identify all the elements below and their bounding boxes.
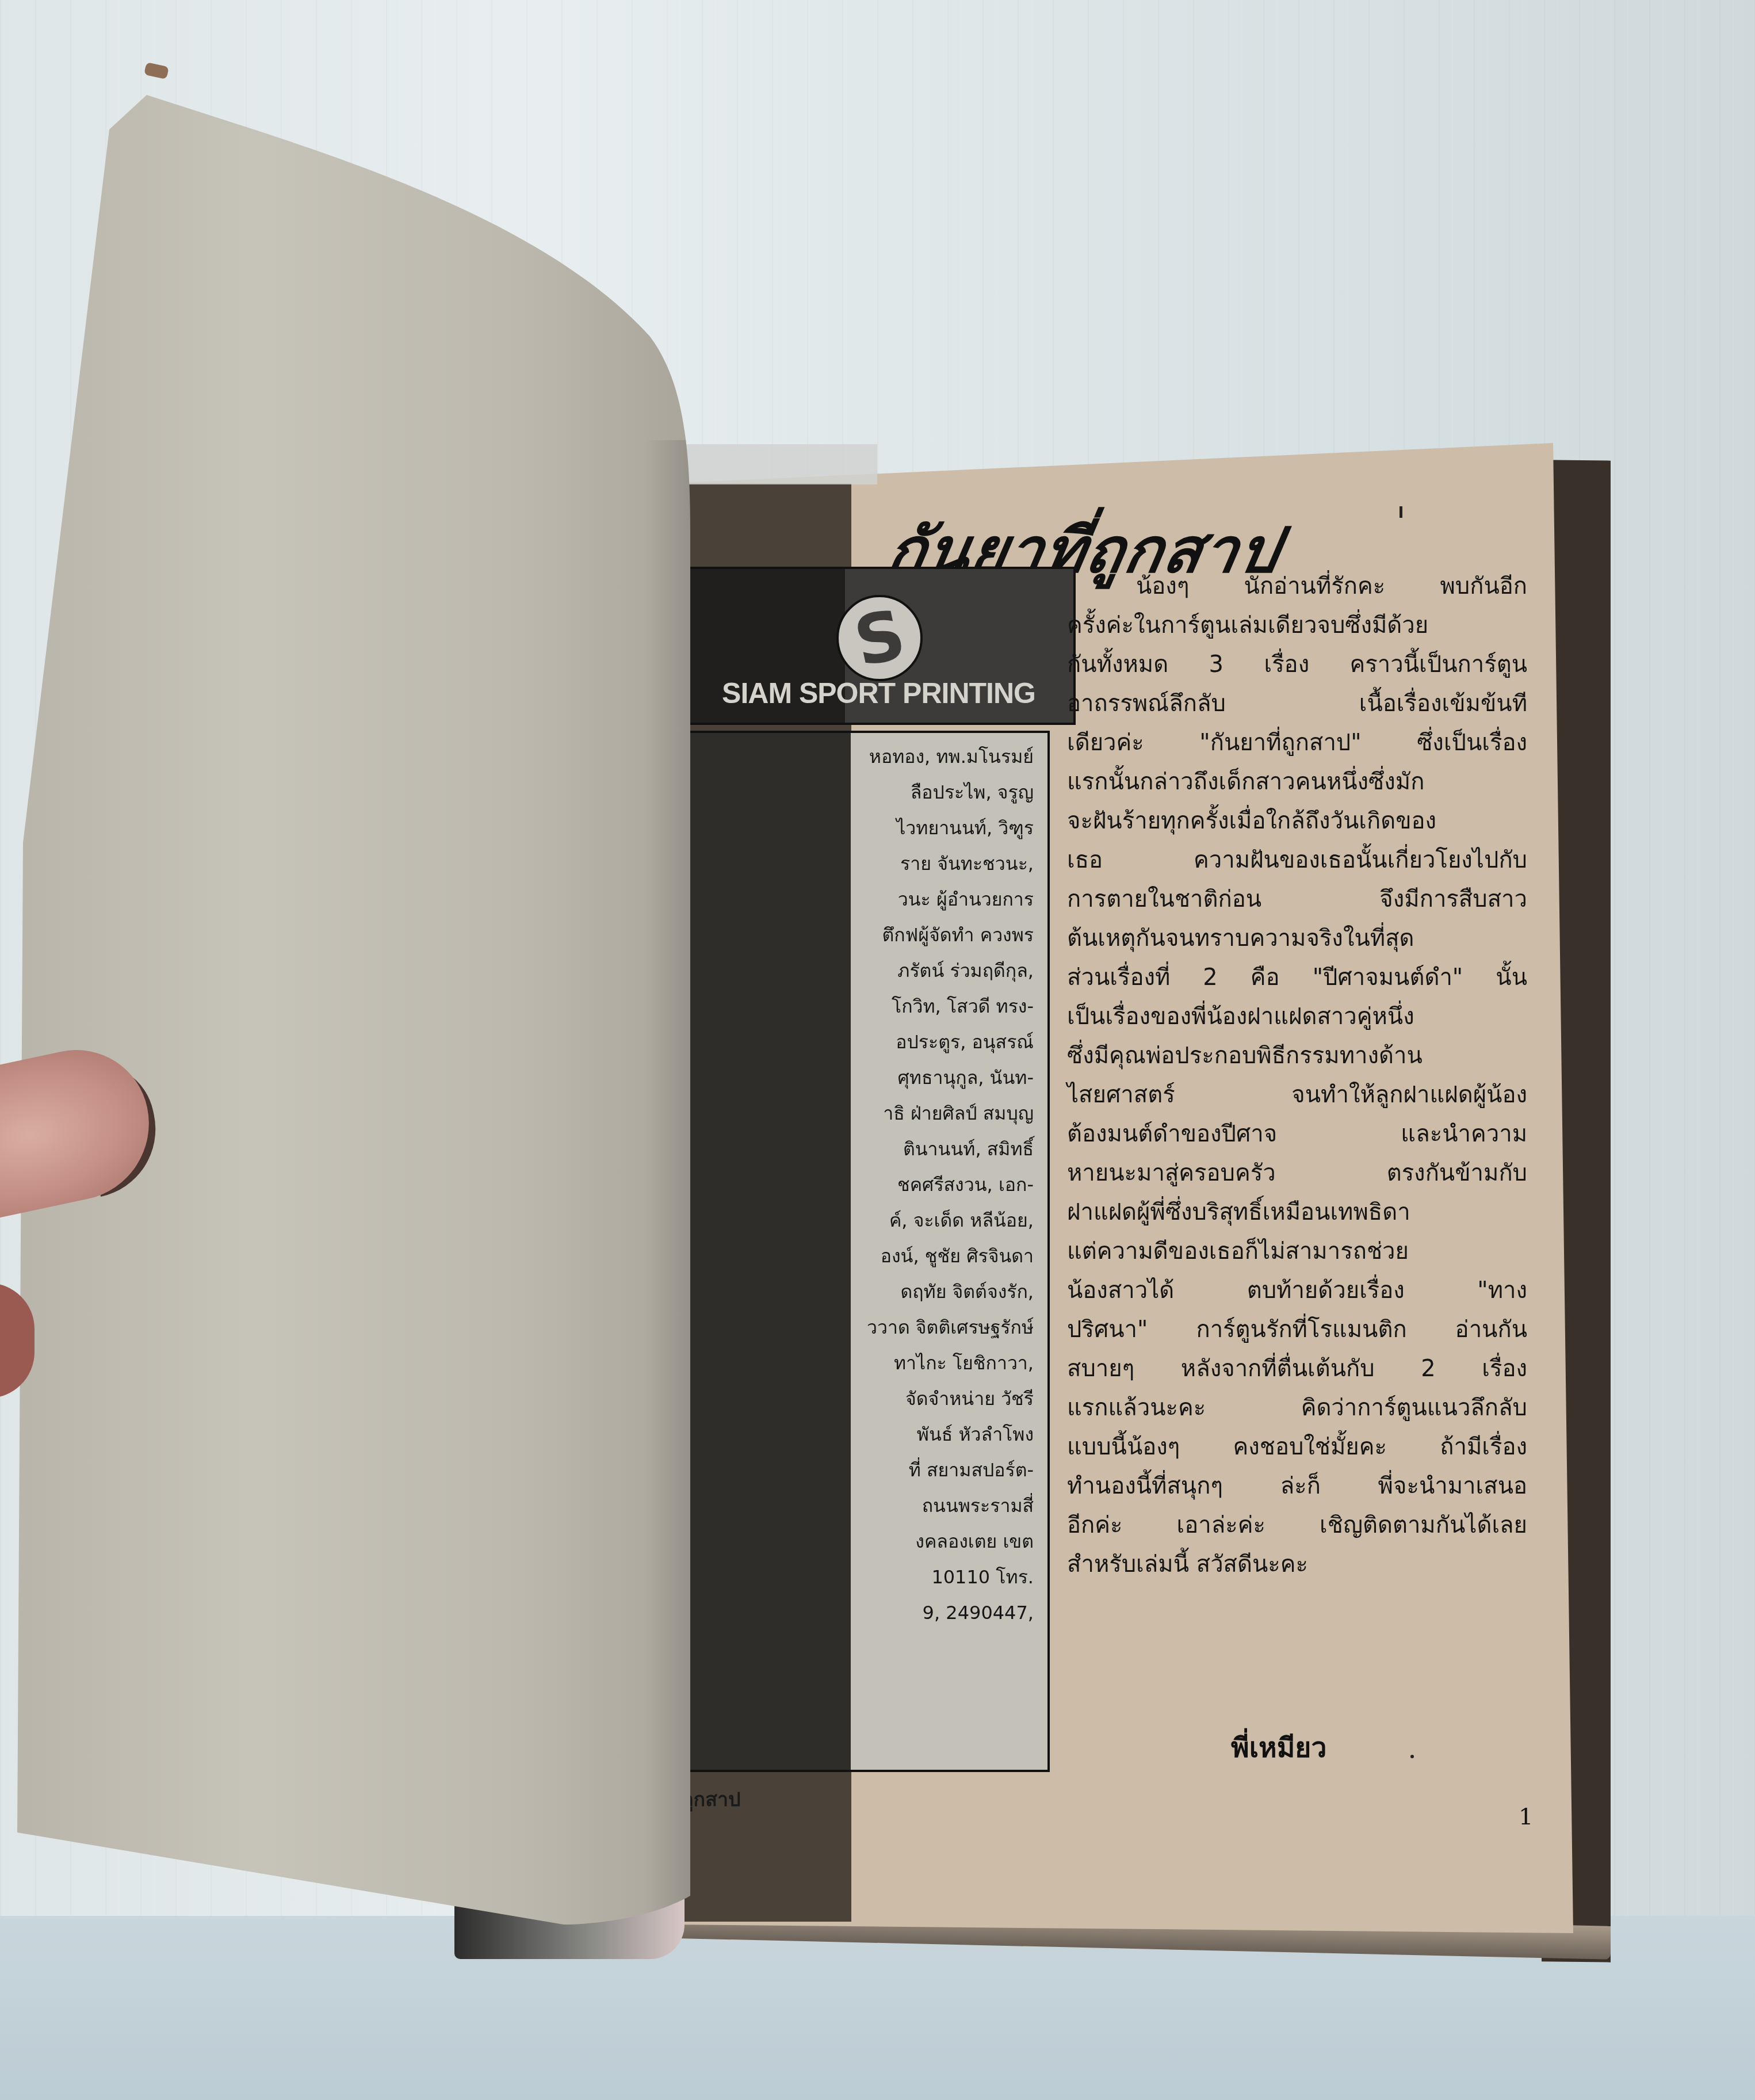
body-line: การตายในชาติก่อน จึงมีการสืบสาว	[1067, 880, 1527, 919]
publisher-logo-block: S SIAM SPORT PRINTING	[682, 567, 1076, 725]
credits-line: พันธ์ หัวลำโพง	[684, 1416, 1047, 1452]
credits-line: ตึกฟผู้จัดทำ ควงพร	[684, 917, 1047, 953]
body-line: กันทั้งหมด 3 เรื่อง คราวนี้เป็นการ์ตูน	[1067, 645, 1527, 684]
credits-line: ลือประไพ, จรูญ	[684, 774, 1047, 810]
credits-line: ศุทธานุกูล, นันท-	[684, 1060, 1047, 1095]
body-line: ปริศนา" การ์ตูนรักที่โรแมนติก อ่านกัน	[1067, 1310, 1527, 1349]
credits-line: ราย จันทะชวนะ,	[684, 846, 1047, 881]
credits-line: วนะ ผู้อำนวยการ	[684, 881, 1047, 917]
body-line: อีกค่ะ เอาล่ะค่ะ เชิญติดตามกันได้เลย	[1067, 1506, 1527, 1545]
credits-line: 10110 โทร.	[684, 1559, 1047, 1595]
credits-line: องน์, ชูชัย ศิรจินดา	[684, 1238, 1047, 1274]
running-footer: ถูกสาป	[682, 1784, 741, 1815]
credits-line: งคลองเตย เขต	[684, 1524, 1047, 1559]
credits-line: ค์, จะเด็ด หลีน้อย,	[684, 1202, 1047, 1238]
body-line: ไสยศาสตร์ จนทำให้ลูกฝาแฝดผู้น้อง	[1067, 1075, 1527, 1114]
credits-line: าธิ ฝ่ายศิลป์ สมบุญ	[684, 1095, 1047, 1131]
credits-line: 9, 2490447,	[684, 1595, 1047, 1631]
body-line: แรกนั้นกล่าวถึงเด็กสาวคนหนึ่งซึ่งมัก	[1067, 762, 1527, 801]
body-line: สำหรับเล่มนี้ สวัสดีนะคะ	[1067, 1545, 1527, 1584]
body-line: ครั้งค่ะในการ์ตูนเล่มเดียวจบซึ่งมีด้วย	[1067, 606, 1527, 645]
credits-line: ถนนพระรามสี่	[684, 1488, 1047, 1524]
logo-glyph: S	[848, 600, 911, 676]
body-line: น้องสาวได้ ตบท้ายด้วยเรื่อง "ทาง	[1067, 1271, 1527, 1310]
body-line: แบบนี้น้องๆ คงชอบใช่มั้ยคะ ถ้ามีเรื่อง	[1067, 1427, 1527, 1467]
page-curl-shadow	[644, 440, 690, 1925]
curled-left-page[interactable]	[17, 95, 690, 1925]
body-line: อาถรรพณ์ลึกลับ เนื้อเรื่องเข้มข้นที	[1067, 684, 1527, 723]
body-line: สบายๆ หลังจากที่ตื่นเต้นกับ 2 เรื่อง	[1067, 1349, 1527, 1388]
credits-line: ววาด จิตติเศรษฐรักษ์	[684, 1309, 1047, 1345]
credits-line: จัดจำหน่าย วัชรี	[684, 1381, 1047, 1416]
body-line: จะฝันร้ายทุกครั้งเมื่อใกล้ถึงวันเกิดของ	[1067, 801, 1527, 841]
body-line: ทำนองนี้ที่สนุกๆ ล่ะก็ พี่จะนำมาเสนอ	[1067, 1467, 1527, 1506]
body-line: ส่วนเรื่องที่ 2 คือ "ปีศาจมนต์ดำ" นั้น	[1067, 958, 1527, 997]
signature: พี่เหมียว	[1231, 1726, 1326, 1770]
body-line: ฝาแฝดผู้พี่ซึ่งบริสุทธิ์เหมือนเทพธิดา	[1067, 1193, 1527, 1232]
body-line: น้องๆ นักอ่านที่รักคะ พบกันอีก	[1067, 567, 1527, 606]
body-line: ต้นเหตุกันจนทราบความจริงในที่สุด	[1067, 919, 1527, 958]
page-tab	[676, 444, 877, 484]
credits-line: อประตูร, อนุสรณ์	[684, 1024, 1047, 1060]
body-line: หายนะมาสู่ครอบครัว ตรงกันข้ามกับ	[1067, 1154, 1527, 1193]
body-line: แต่ความดีของเธอก็ไม่สามารถช่วย	[1067, 1232, 1527, 1271]
print-mark	[1400, 506, 1402, 518]
body-line: เธอ ความฝันของเธอนั้นเกี่ยวโยงไปกับ	[1067, 841, 1527, 880]
credits-line: ไวทยานนท์, วิฑูร	[684, 810, 1047, 846]
credits-line: โกวิท, โสวดี ทรง-	[684, 988, 1047, 1024]
credits-line: ทาไกะ โยชิกาวา,	[684, 1345, 1047, 1381]
swirl-s-logo-icon: S	[836, 595, 923, 681]
print-mark	[1410, 1755, 1414, 1758]
credits-box: หอทอง, ทพ.มโนรมย์ ลือประไพ, จรูญ ไวทยานน…	[682, 731, 1050, 1772]
publisher-name: SIAM SPORT PRINTING	[684, 677, 1073, 710]
credits-line: ที่ สยามสปอร์ต-	[684, 1452, 1047, 1488]
editorial-text: น้องๆ นักอ่านที่รักคะ พบกันอีก ครั้งค่ะใ…	[1067, 567, 1527, 1584]
body-line: เดียวค่ะ "กันยาที่ถูกสาป" ซึ่งเป็นเรื่อง	[1067, 723, 1527, 762]
body-line: แรกแล้วนะคะ คิดว่าการ์ตูนแนวลึกลับ	[1067, 1388, 1527, 1427]
body-line: เป็นเรื่องของพี่น้องฝาแฝดสาวคู่หนึ่ง	[1067, 997, 1527, 1036]
credits-line: หอทอง, ทพ.มโนรมย์	[684, 739, 1047, 774]
credits-line: ดฤทัย จิตต์จงรัก,	[684, 1274, 1047, 1309]
credits-line: ภรัตน์ ร่วมฤดีกุล,	[684, 953, 1047, 988]
credits-line: ตินานนท์, สมิทธิ์	[684, 1131, 1047, 1167]
body-line: ซึ่งมีคุณพ่อประกอบพิธีกรรมทางด้าน	[1067, 1036, 1527, 1075]
credits-line: ชคศรีสงวน, เอก-	[684, 1167, 1047, 1202]
body-line: ต้องมนต์ดำของปีศาจ และนำความ	[1067, 1114, 1527, 1154]
page-number: 1	[1519, 1804, 1533, 1830]
